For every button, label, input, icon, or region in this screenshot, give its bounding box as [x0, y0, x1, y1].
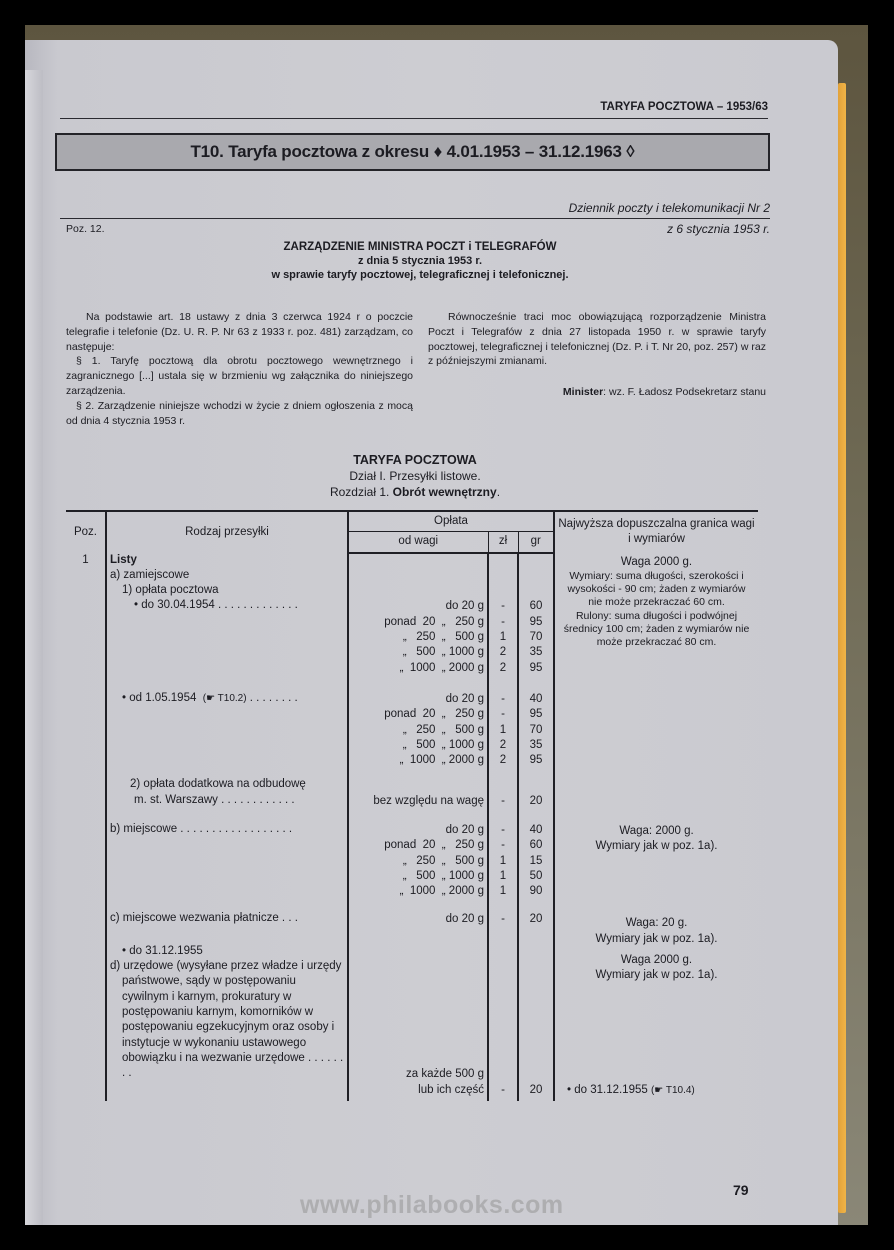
- tariff-division: Dział I. Przesyłki listowe.: [150, 468, 680, 484]
- zl-value: 2: [492, 753, 514, 768]
- tariff-title: TARYFA POCZTOWA: [150, 452, 680, 468]
- weight-range: „ 1000 „ 2000 g: [352, 661, 484, 676]
- decree-paragraph: Na podstawie art. 18 ustawy z dnia 3 cze…: [66, 310, 413, 354]
- zl-value: 2: [492, 645, 514, 660]
- period-label: • do 30.04.1954 . . . . . . . . . . . . …: [110, 598, 344, 613]
- document: TARYFA POCZTOWA – 1953/63 T10. Taryfa po…: [0, 0, 894, 1250]
- divider: [60, 218, 770, 219]
- max-weight-note: Waga 2000 g.: [561, 555, 752, 570]
- zl-value: 1: [492, 869, 514, 884]
- weight-cell: do 20 gponad 20 „ 250 g„ 250 „ 500 g„ 50…: [348, 553, 488, 1101]
- page-number: 79: [733, 1182, 749, 1198]
- decree-paragraph: § 1. Taryfę pocztową dla obrotu pocztowe…: [66, 354, 413, 398]
- header-kind: Rodzaj przesyłki: [106, 511, 348, 553]
- decree-heading-line-1: ZARZĄDZENIE MINISTRA POCZT i TELEGRAFÓW: [200, 240, 640, 254]
- gr-value: 20: [522, 912, 550, 927]
- validity-note: • do 31.12.1955 (☛ T10.4): [561, 1083, 752, 1098]
- signature-label: Minister: [563, 386, 603, 398]
- dimensions-note: Wymiary jak w poz. 1a).: [561, 932, 752, 947]
- decree-right-column: Równocześnie traci moc obowiązującą rozp…: [428, 310, 766, 369]
- decree-heading: ZARZĄDZENIE MINISTRA POCZT i TELEGRAFÓW …: [200, 240, 640, 282]
- zl-value: 1: [492, 723, 514, 738]
- section-a-label: a) zamiejscowe: [110, 568, 344, 583]
- zl-value: 1: [492, 630, 514, 645]
- gr-value: 35: [522, 645, 550, 660]
- decree-left-column: Na podstawie art. 18 ustawy z dnia 3 cze…: [66, 310, 413, 428]
- poz-label: Poz. 12.: [66, 223, 105, 235]
- gr-value: 40: [522, 692, 550, 707]
- decree-heading-line-2: z dnia 5 stycznia 1953 r.: [200, 254, 640, 268]
- section-d-label: d) urzędowe (wysyłane przez władze i urz…: [110, 959, 344, 1081]
- section-a2-label-cont: m. st. Warszawy . . . . . . . . . . . .: [110, 793, 344, 808]
- max-weight-note: Waga 2000 g.: [561, 953, 752, 968]
- header-poz: Poz.: [66, 511, 106, 553]
- signature-text: : wz. F. Ładosz Podsekretarz stanu: [603, 386, 766, 398]
- zl-value: -: [492, 1083, 514, 1098]
- zl-cell: --122 --122 - --111 - -: [488, 553, 518, 1101]
- gr-value: 95: [522, 661, 550, 676]
- weight-range: ponad 20 „ 250 g: [352, 615, 484, 630]
- header-gr: gr: [518, 532, 554, 553]
- gr-cell: 6095703595 4095703595 20 4060155090 20 2…: [518, 553, 554, 1101]
- weight-range: do 20 g: [352, 692, 484, 707]
- poz-cell: 1: [66, 553, 106, 1101]
- max-weight-note: Waga: 2000 g.: [561, 824, 752, 839]
- source-date: z 6 stycznia 1953 r.: [560, 222, 770, 236]
- weight-range: „ 1000 „ 2000 g: [352, 884, 484, 899]
- gr-value: 60: [522, 838, 550, 853]
- dimensions-note: Wymiary jak w poz. 1a).: [561, 968, 752, 983]
- weight-range: do 20 g: [352, 599, 484, 614]
- zl-value: -: [492, 838, 514, 853]
- gr-value: 60: [522, 599, 550, 614]
- zl-value: -: [492, 794, 514, 809]
- source-journal: Dziennik poczty i telekomunikacji Nr 2: [60, 201, 770, 215]
- chapter-prefix: Rozdział 1.: [330, 485, 393, 499]
- zl-value: 1: [492, 884, 514, 899]
- gr-value: 95: [522, 707, 550, 722]
- weight-range: „ 500 „ 1000 g: [352, 738, 484, 753]
- zl-value: -: [492, 912, 514, 927]
- watermark: www.philabooks.com: [300, 1191, 564, 1220]
- gr-value: 70: [522, 723, 550, 738]
- zl-value: -: [492, 823, 514, 838]
- period-label: • do 31.12.1955: [110, 944, 344, 959]
- weight-range: „ 1000 „ 2000 g: [352, 753, 484, 768]
- zl-value: -: [492, 615, 514, 630]
- chapter-name: Obrót wewnętrzny: [393, 485, 497, 499]
- tariff-heading: TARYFA POCZTOWA Dział I. Przesyłki listo…: [150, 452, 680, 500]
- header-by-weight: od wagi: [348, 532, 488, 553]
- weight-range: do 20 g: [352, 823, 484, 838]
- decree-paragraph: Równocześnie traci moc obowiązującą rozp…: [428, 310, 766, 369]
- gr-value: 15: [522, 854, 550, 869]
- gr-value: 95: [522, 615, 550, 630]
- decree-heading-line-3: w sprawie taryfy pocztowej, telegraficzn…: [200, 268, 640, 282]
- gr-value: 35: [522, 738, 550, 753]
- weight-range: „ 250 „ 500 g: [352, 854, 484, 869]
- weight-range: ponad 20 „ 250 g: [352, 707, 484, 722]
- decree-paragraph: § 2. Zarządzenie niniejsze wchodzi w życ…: [66, 399, 413, 429]
- dimensions-note: Wymiary jak w poz. 1a).: [561, 839, 752, 854]
- rolls-note: Rulony: suma długości i podwójnej średni…: [561, 610, 752, 650]
- weight-range: bez względu na wagę: [352, 794, 484, 809]
- dimensions-note: Wymiary: suma długości, szerokości i wys…: [561, 570, 752, 610]
- group-label: Listy: [110, 553, 344, 568]
- running-head: TARYFA POCZTOWA – 1953/63: [60, 118, 768, 133]
- zl-value: -: [492, 599, 514, 614]
- zl-value: 2: [492, 661, 514, 676]
- gr-value: 20: [522, 1083, 550, 1098]
- chapter-suffix: .: [497, 485, 500, 499]
- section-c-label: c) miejscowe wezwania płatnicze . . .: [110, 911, 344, 926]
- gr-value: 90: [522, 884, 550, 899]
- zl-value: -: [492, 692, 514, 707]
- header-zl: zł: [488, 532, 518, 553]
- zl-value: 1: [492, 854, 514, 869]
- kind-cell: Listy a) zamiejscowe 1) opłata pocztowa …: [106, 553, 348, 1101]
- weight-range: ponad 20 „ 250 g: [352, 838, 484, 853]
- header-fee: Opłata: [348, 511, 554, 532]
- section-title-box: T10. Taryfa pocztowa z okresu ♦ 4.01.195…: [55, 133, 770, 171]
- running-head-text: TARYFA POCZTOWA – 1953/63: [600, 101, 768, 113]
- gr-value: 95: [522, 753, 550, 768]
- section-b-label: b) miejscowe . . . . . . . . . . . . . .…: [110, 822, 344, 837]
- max-weight-note: Waga: 20 g.: [561, 916, 752, 931]
- cross-reference-link[interactable]: (☛ T10.4): [651, 1085, 695, 1096]
- max-cell: Waga 2000 g. Wymiary: suma długości, sze…: [554, 553, 758, 1101]
- weight-range-cont: lub ich część: [352, 1083, 484, 1098]
- weight-range: „ 250 „ 500 g: [352, 630, 484, 645]
- decree-signature: Minister: wz. F. Ładosz Podsekretarz sta…: [428, 386, 766, 398]
- period-label: • od 1.05.1954 (☛ T10.2) . . . . . . . .: [110, 691, 344, 706]
- weight-range: „ 250 „ 500 g: [352, 723, 484, 738]
- section-a2-label: 2) opłata dodatkowa na odbudowę: [110, 777, 344, 792]
- weight-range: do 20 g: [352, 912, 484, 927]
- gr-value: 20: [522, 794, 550, 809]
- zl-value: -: [492, 707, 514, 722]
- section-title: T10. Taryfa pocztowa z okresu ♦ 4.01.195…: [190, 142, 634, 162]
- cross-reference-link[interactable]: (☛ T10.2): [203, 693, 247, 704]
- table-row: 1 Listy a) zamiejscowe 1) opłata pocztow…: [66, 553, 758, 1101]
- weight-range: „ 500 „ 1000 g: [352, 645, 484, 660]
- tariff-chapter: Rozdział 1. Obrót wewnętrzny.: [150, 484, 680, 500]
- poz-number: 1: [82, 554, 88, 566]
- gr-value: 70: [522, 630, 550, 645]
- weight-range: „ 500 „ 1000 g: [352, 869, 484, 884]
- gr-value: 50: [522, 869, 550, 884]
- gr-value: 40: [522, 823, 550, 838]
- weight-range: za każde 500 g: [352, 1067, 484, 1082]
- section-a1-label: 1) opłata pocztowa: [110, 583, 344, 598]
- tariff-table: Poz. Rodzaj przesyłki Opłata Najwyższa d…: [66, 510, 758, 1101]
- header-max: Najwyższa dopuszczalna granica wagi i wy…: [554, 511, 758, 553]
- zl-value: 2: [492, 738, 514, 753]
